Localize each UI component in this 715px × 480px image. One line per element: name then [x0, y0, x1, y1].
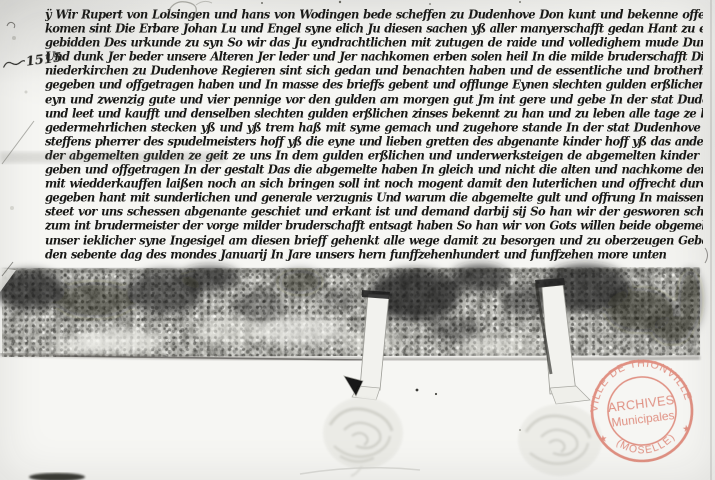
manuscript-line: den sebente dag des mondes Januarij In J… [45, 247, 703, 261]
manuscript-line: geben und offgetragen In der gestalt Das… [45, 162, 703, 177]
archive-stamp: VILLE DE THIONVILLE (MOSELLE) ARCHIVES M… [583, 352, 701, 468]
manuscript-line: unser ieklicher syne Ingesigel am diesen… [45, 233, 703, 248]
wax-seal-2 [518, 404, 602, 476]
manuscript-line: gegeben und offgetragen haben und In mas… [45, 77, 703, 92]
manuscript-line: gedermehrlichen stecken yß und yß trem h… [45, 120, 703, 135]
manuscript-line: ÿ Wir Rupert von Lolsingen und hans von … [45, 7, 703, 22]
manuscript-line: mit wiedderkauffen laißen noch an sich b… [45, 176, 703, 191]
manuscript-line: komen sint Die Erbare Johan Lu und Engel… [45, 21, 703, 36]
manuscript-line: der abgemelten gulden ze geit ze uns In … [45, 148, 703, 163]
manuscript-line: niederkirchen zu Dudenhove Regieren sint… [45, 63, 703, 78]
illegible-word-squiggle [1, 53, 26, 74]
stamp-arc-top-text: VILLE DE THIONVILLE [583, 352, 695, 414]
manuscript-line: gegeben hant mit sunderlichen und genera… [45, 190, 703, 205]
manuscript-line: Und dunk Jer beder unsere Alteren Jer le… [45, 49, 703, 64]
manuscript-line: und leet und kaufft und denselben slecht… [45, 106, 703, 121]
manuscript-line: zum int brudermeister der vorge milder b… [45, 218, 703, 233]
margin-year: 1515 [25, 50, 63, 69]
stamp-line2: Municipales [611, 408, 676, 430]
stamp-star-left: ★ [598, 433, 608, 445]
stamp-outer-ring [586, 355, 697, 466]
charter-photograph: ÿ Wir Rupert von Lolsingen und hans von … [0, 0, 715, 480]
stamp-inner-ring [604, 373, 680, 449]
manuscript-text: ÿ Wir Rupert von Lolsingen und hans von … [45, 7, 703, 261]
stamp-star-right: ★ [682, 423, 692, 435]
wax-seal-1 [323, 397, 403, 476]
stamp-line1: ARCHIVES [607, 393, 675, 415]
manuscript-line: gebidden Des urkunde zu syn So wir das J… [45, 35, 703, 50]
manuscript-line: steet vor uns schessen abgenante geschie… [45, 204, 703, 219]
manuscript-line: eyn und zwenzig gute und vier pennige vo… [45, 92, 703, 107]
stamp-arc-bottom-text: (MOSELLE) [613, 431, 680, 460]
manuscript-line: steffens pherrer des spudelmeisters hoff… [45, 134, 703, 149]
plica-fold-band [2, 267, 700, 357]
